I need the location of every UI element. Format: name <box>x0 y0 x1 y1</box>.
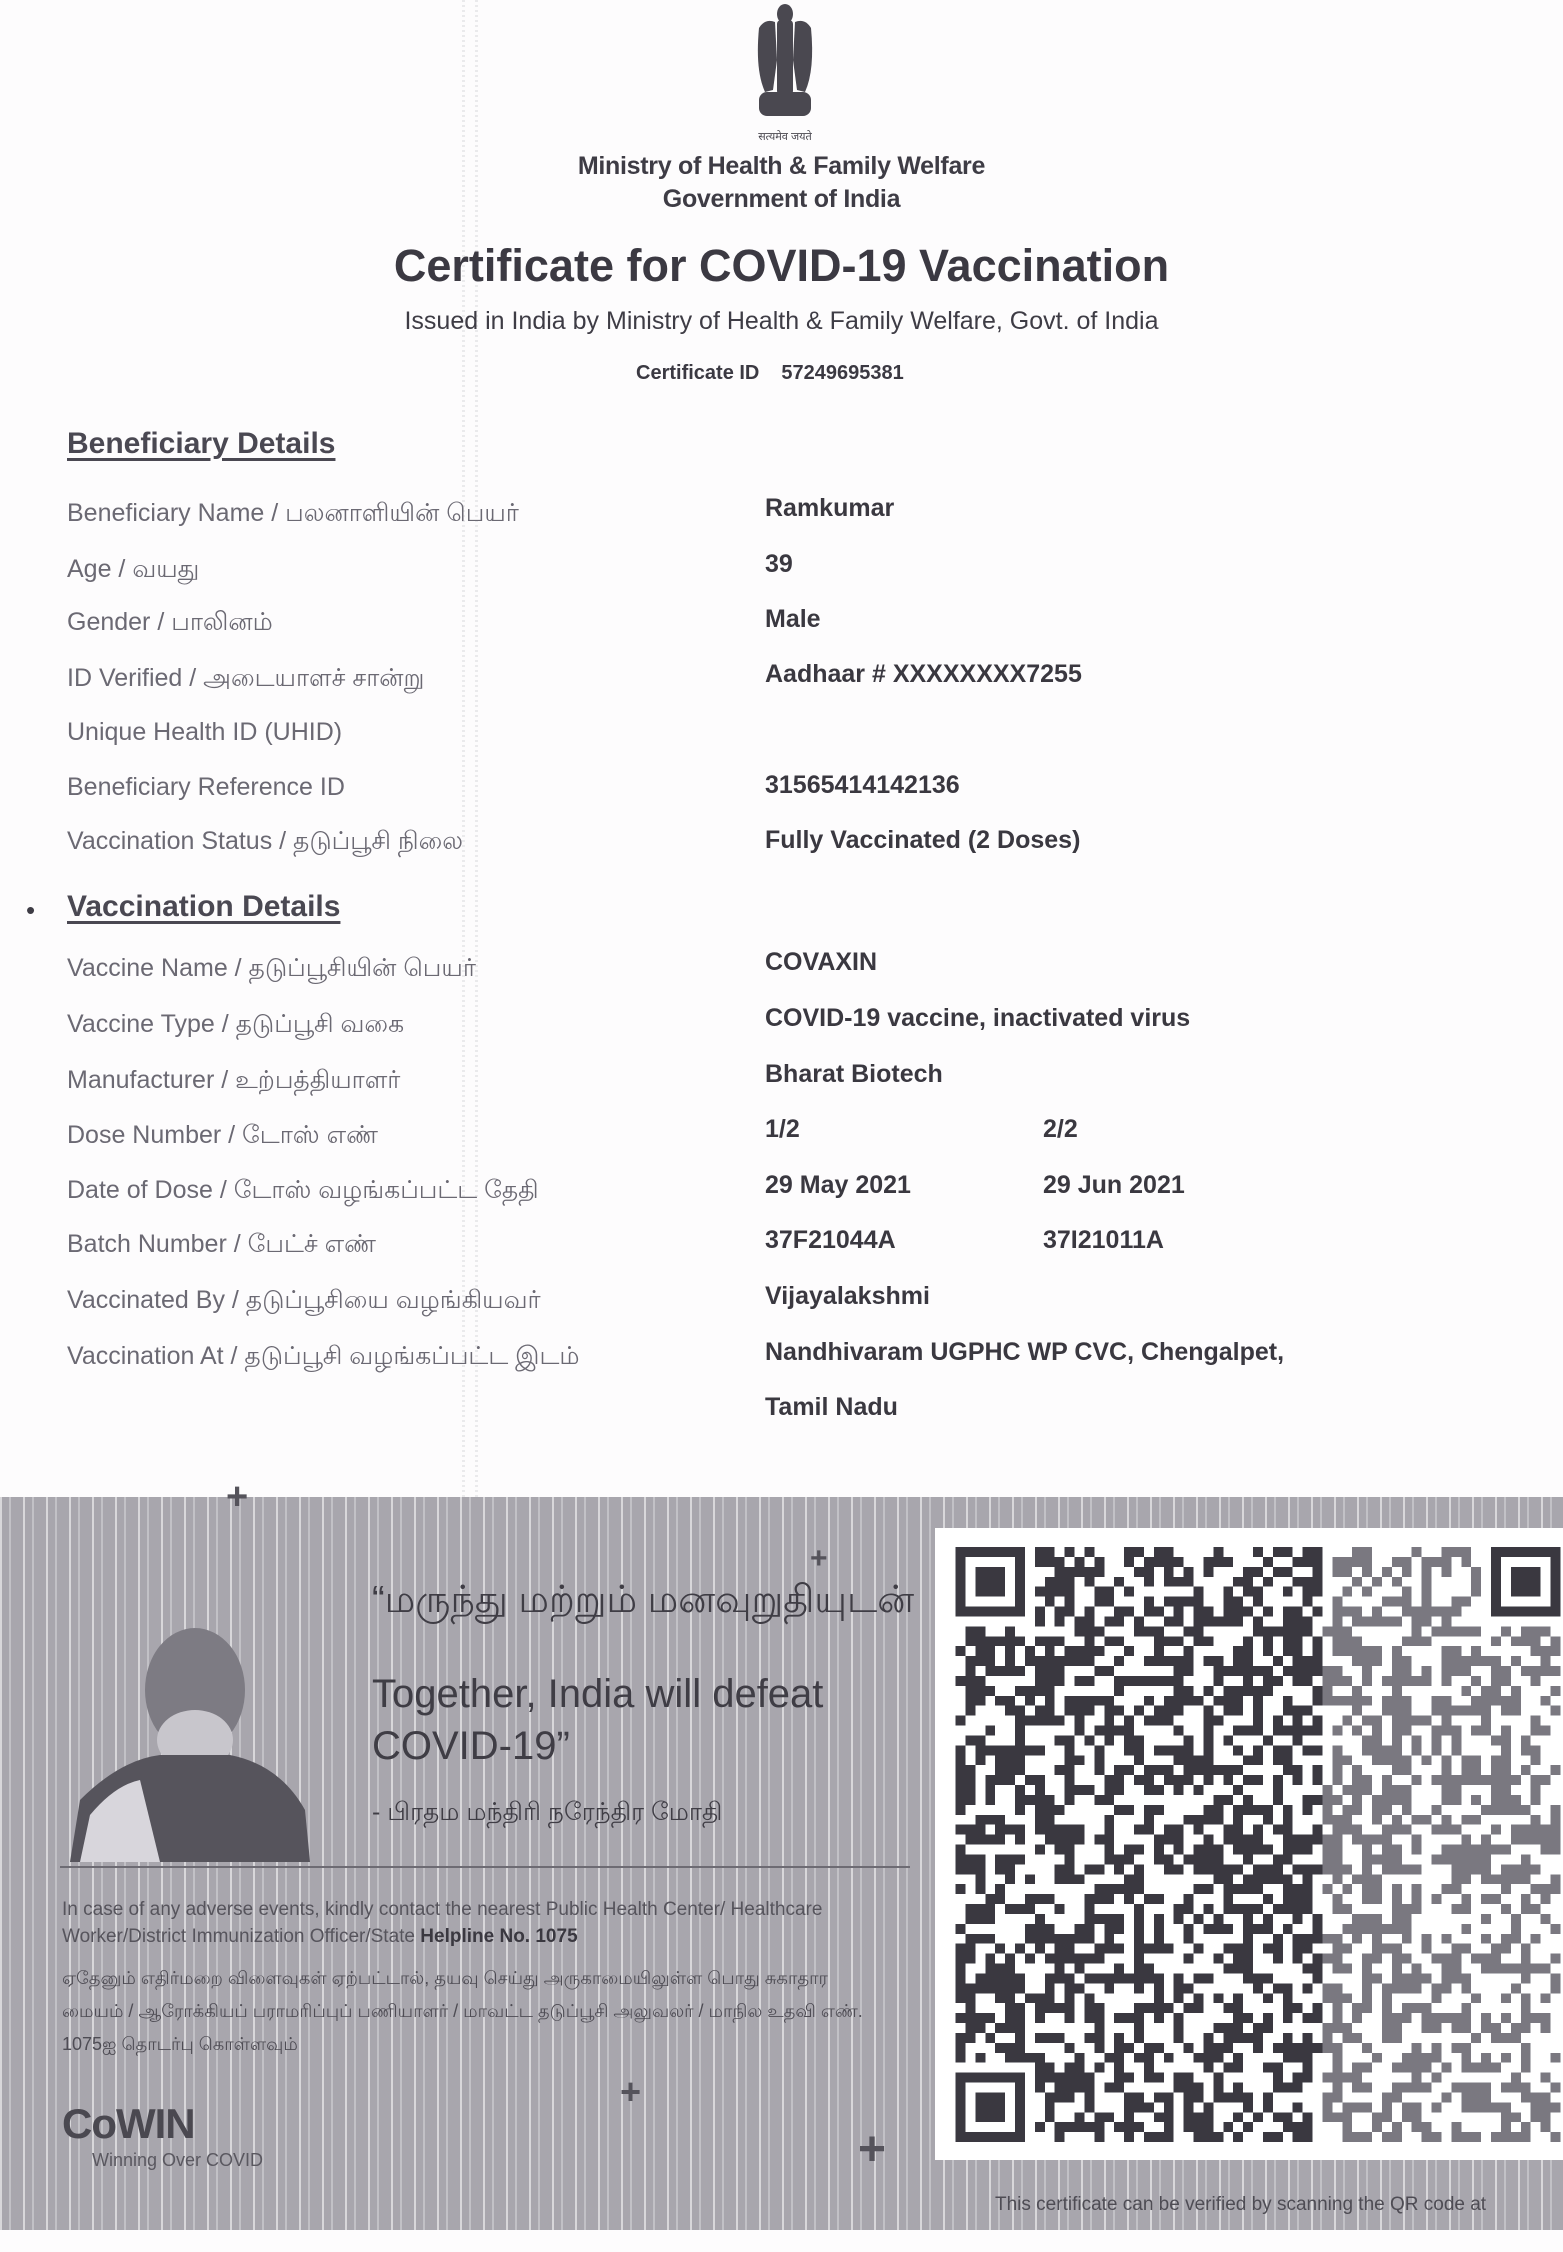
vaccine-name-value: COVAXIN <box>765 948 877 977</box>
age-value: 39 <box>765 550 793 579</box>
divider <box>60 1866 910 1868</box>
helpline-number: Helpline No. 1075 <box>420 1926 577 1947</box>
batch-number-1: 37F21044A <box>765 1226 896 1255</box>
vaccine-type-value: COVID-19 vaccine, inactivated virus <box>765 1004 1190 1033</box>
prime-minister-portrait <box>60 1610 320 1862</box>
dose-number-label: Dose Number / டோஸ் எண் <box>67 1121 378 1153</box>
verify-note: This certificate can be verified by scan… <box>995 2194 1486 2216</box>
age-label: Age / வயது <box>67 555 199 587</box>
vaccination-at-value-line2: Tamil Nadu <box>765 1393 898 1422</box>
vaccination-status-label: Vaccination Status / தடுப்பூசி நிலை <box>67 827 463 859</box>
vaccination-section-title: Vaccination Details <box>67 890 340 924</box>
vaccine-type-label: Vaccine Type / தடுப்பூசி வகை <box>67 1010 404 1042</box>
plus-decoration-icon: + <box>810 1544 828 1574</box>
id-verified-value: Aadhaar # XXXXXXXX7255 <box>765 660 1082 689</box>
plus-decoration-icon: + <box>620 2074 641 2110</box>
dose-number-1: 1/2 <box>765 1115 800 1144</box>
vaccinated-by-value: Vijayalakshmi <box>765 1282 930 1311</box>
plus-decoration-icon: + <box>858 2126 886 2174</box>
batch-number-label: Batch Number / பேட்ச் எண் <box>67 1230 376 1262</box>
vaccination-status-value: Fully Vaccinated (2 Doses) <box>765 826 1080 855</box>
certificate-id-value: 57249695381 <box>781 362 903 384</box>
reference-id-label: Beneficiary Reference ID <box>67 773 345 802</box>
beneficiary-section-title: Beneficiary Details <box>67 427 335 461</box>
manufacturer-value: Bharat Biotech <box>765 1060 943 1089</box>
national-emblem-icon: सत्यमेव जयते <box>745 0 825 148</box>
uhid-label: Unique Health ID (UHID) <box>67 718 342 747</box>
certificate-id: Certificate ID57249695381 <box>636 362 904 385</box>
scan-artifact <box>462 0 465 1497</box>
vaccination-at-value: Nandhivaram UGPHC WP CVC, Chengalpet, <box>765 1338 1284 1367</box>
qr-code-icon[interactable] <box>953 1547 1563 2142</box>
beneficiary-name-value: Ramkumar <box>765 494 894 523</box>
plus-decoration-icon: + <box>226 1478 248 1516</box>
vaccinated-by-label: Vaccinated By / தடுப்பூசியை வழங்கியவர் <box>67 1286 541 1318</box>
cowin-logo: CoWIN <box>62 2100 195 2148</box>
batch-number-2: 37I21011A <box>1043 1226 1164 1255</box>
dose-date-1: 29 May 2021 <box>765 1171 911 1200</box>
dose-date-label: Date of Dose / டோஸ் வழங்கப்பட்ட தேதி <box>67 1176 539 1208</box>
vaccine-name-label: Vaccine Name / தடுப்பூசியின் பெயர் <box>67 954 476 986</box>
gender-label: Gender / பாலினம் <box>67 608 273 640</box>
issued-by: Issued in India by Ministry of Health & … <box>0 307 1563 336</box>
svg-text:सत्यमेव जयते: सत्यमेव जयते <box>758 130 812 143</box>
vaccination-at-label: Vaccination At / தடுப்பூசி வழங்கப்பட்ட இ… <box>67 1342 580 1374</box>
manufacturer-label: Manufacturer / உற்பத்தியாளர் <box>67 1066 400 1098</box>
cowin-tagline: Winning Over COVID <box>92 2150 263 2171</box>
quote-english: Together, India will defeat COVID-19” <box>372 1668 932 1772</box>
ministry-name: Ministry of Health & Family Welfare <box>0 152 1563 181</box>
certificate-id-label: Certificate ID <box>636 362 759 384</box>
dose-date-2: 29 Jun 2021 <box>1043 1171 1185 1200</box>
beneficiary-name-label: Beneficiary Name / பலனாளியின் பெயர் <box>67 499 519 531</box>
quote-attribution: - பிரதம மந்திரி நரேந்திர மோதி <box>372 1798 722 1830</box>
id-verified-label: ID Verified / அடையாளச் சான்று <box>67 664 424 696</box>
government-name: Government of India <box>0 185 1563 214</box>
adverse-events-tamil: ஏதேனும் எதிர்மறை விளைவுகள் ஏற்பட்டால், த… <box>62 1962 882 2061</box>
reference-id-value: 31565414142136 <box>765 771 960 800</box>
gender-value: Male <box>765 605 821 634</box>
adverse-events-english: In case of any adverse events, kindly co… <box>62 1896 882 1950</box>
bullet-mark: • <box>26 895 35 926</box>
scan-artifact <box>475 0 478 1497</box>
certificate-title: Certificate for COVID-19 Vaccination <box>0 240 1563 292</box>
quote-tamil: “மருந்து மற்றும் மனவுறுதியுடன் <box>372 1578 932 1622</box>
dose-number-2: 2/2 <box>1043 1115 1078 1144</box>
